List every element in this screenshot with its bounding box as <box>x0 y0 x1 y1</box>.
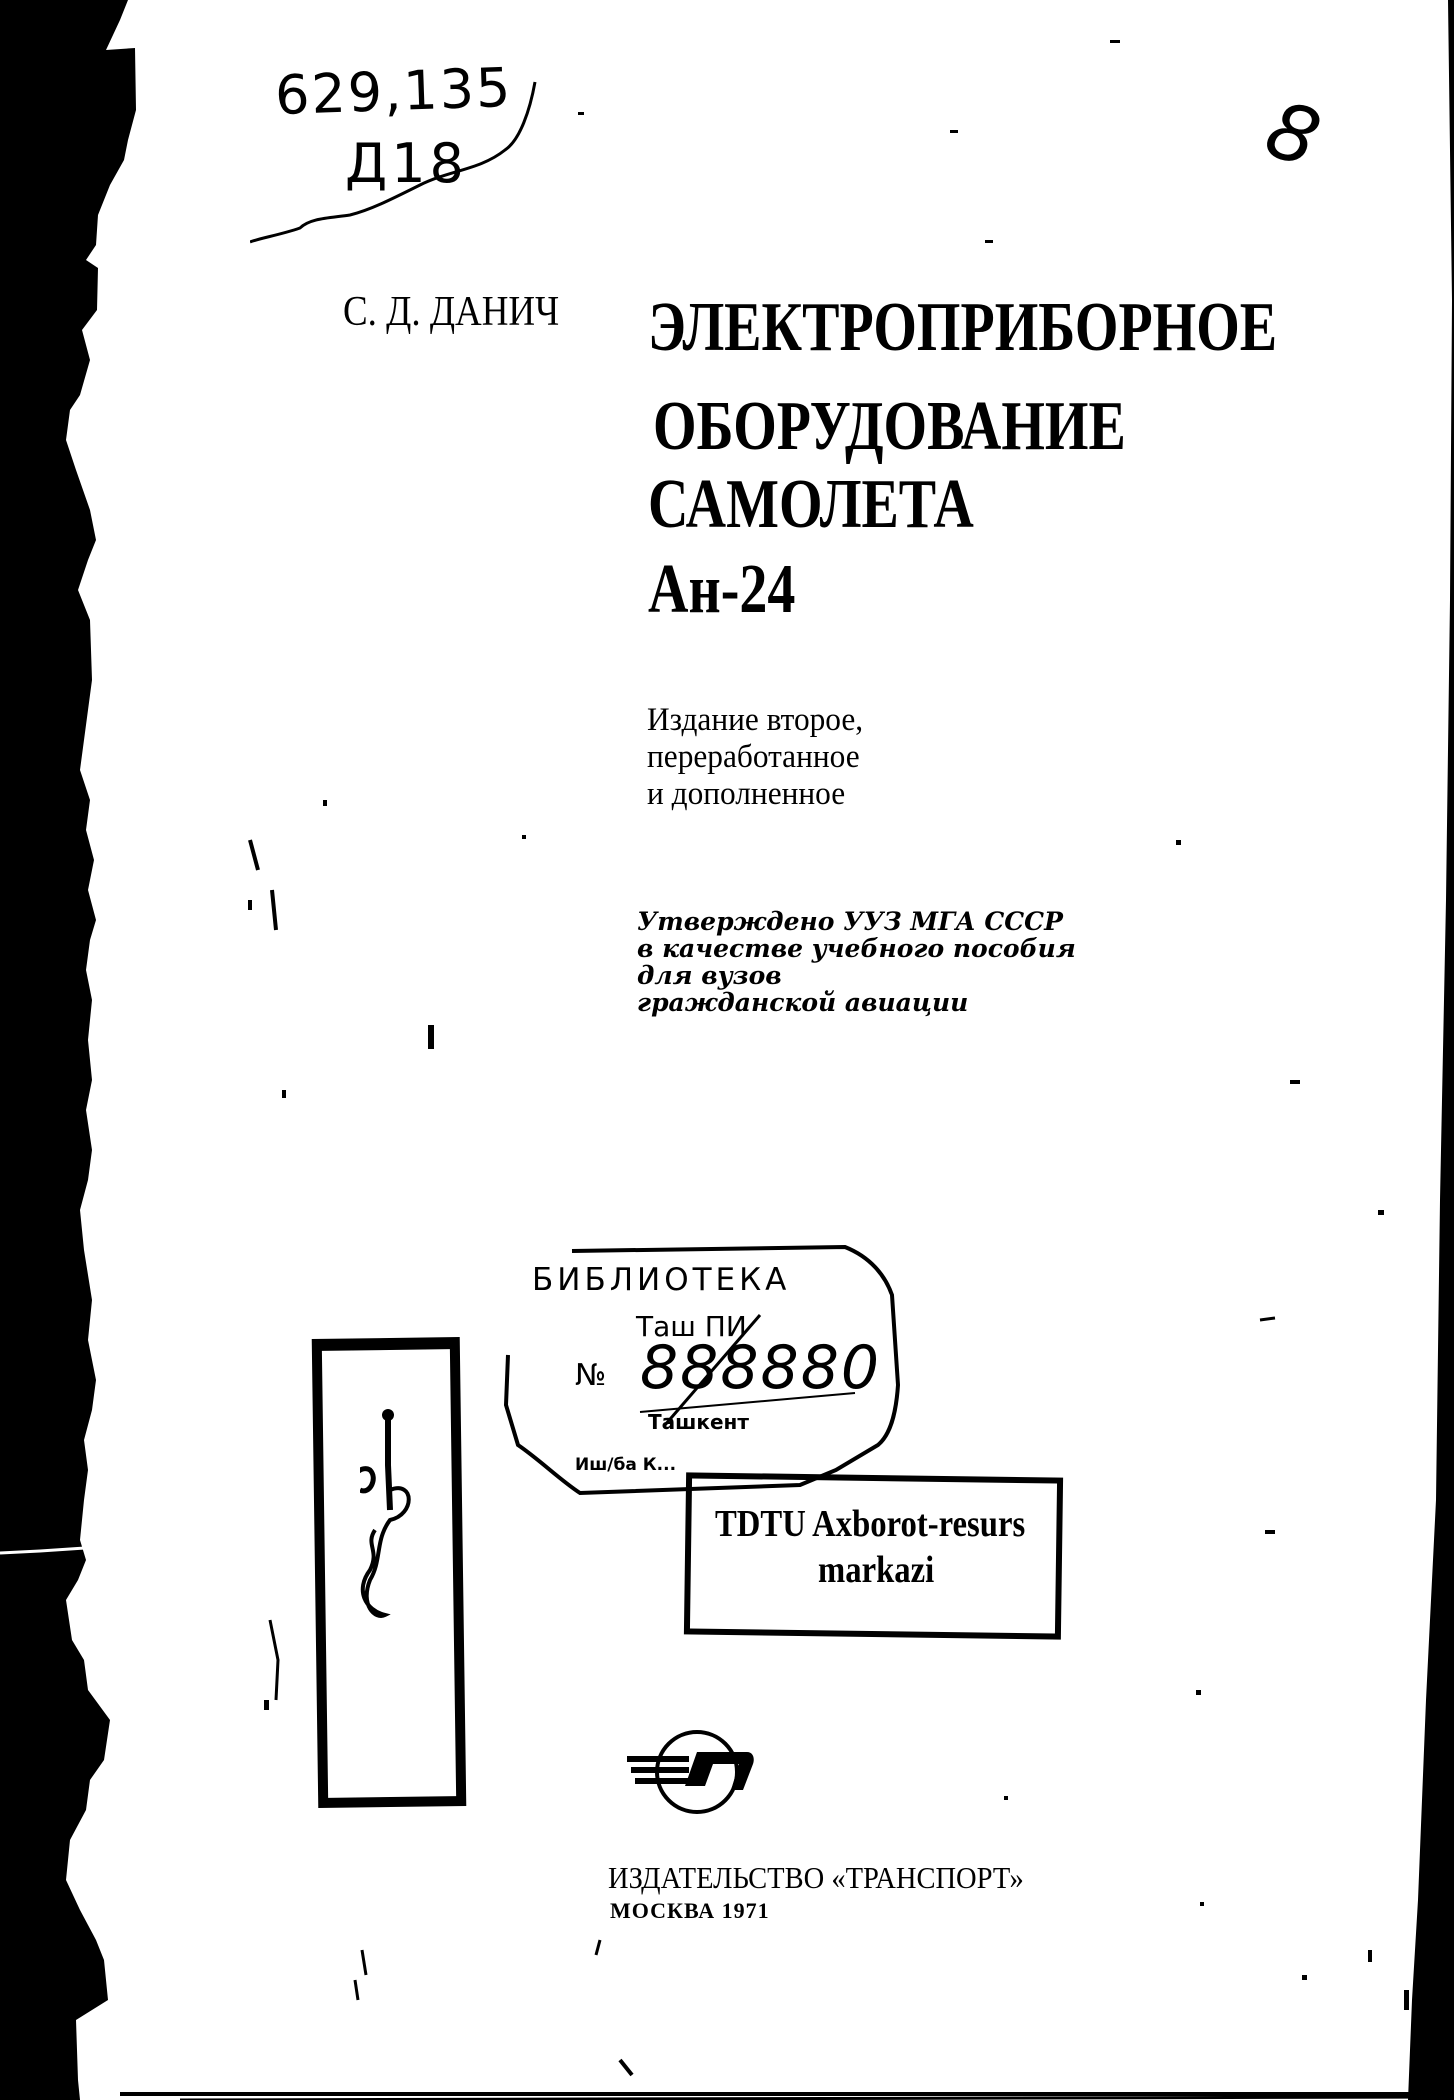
edition-line-3: и дополненное <box>647 776 863 813</box>
approval-line-4: гражданской авиации <box>637 989 1076 1016</box>
tdtu-stamp-line-1: TDTU Axborot-resurs <box>715 1502 1025 1546</box>
approval-note: Утверждено УУЗ МГА СССР в качестве учебн… <box>637 908 1076 1016</box>
author-name: С. Д. ДАНИЧ <box>343 288 559 336</box>
approval-line-2: в качестве учебного пособия <box>637 935 1076 962</box>
edition-note: Издание второе, переработанное и дополне… <box>647 702 863 813</box>
title-page: 629,135 Д18 8 С. Д. ДАНИЧ ЭЛЕКТРОПРИБОРН… <box>0 0 1454 2100</box>
title-line-2: ОБОРУДОВАНИЕ <box>653 392 1126 462</box>
publication-city-year: МОСКВА 1971 <box>610 1898 770 1924</box>
handwritten-signature <box>360 1370 460 1670</box>
library-stamp-city: Ташкент <box>648 1410 749 1434</box>
title-line-3: САМОЛЕТА <box>648 470 974 540</box>
edition-line-2: переработанное <box>647 739 863 776</box>
tdtu-stamp-line-2: markazi <box>818 1548 934 1592</box>
title-line-aircraft-model: Ан-24 <box>648 555 795 625</box>
handwritten-underline-stroke <box>250 70 550 250</box>
library-stamp-number-label: № <box>575 1358 606 1393</box>
approval-line-1: Утверждено УУЗ МГА СССР <box>637 908 1076 935</box>
library-stamp-title: БИБЛИОТЕКА <box>532 1262 790 1298</box>
library-stamp-bottom-text: Иш/ба К... <box>575 1455 676 1475</box>
publisher-name: ИЗДАТЕЛЬСТВО «ТРАНСПОРТ» <box>608 1860 1024 1896</box>
library-stamp-number-value: 888880 <box>640 1333 881 1403</box>
edition-line-1: Издание второе, <box>647 702 863 739</box>
publisher-logo-icon <box>627 1730 767 1815</box>
approval-line-3: для вузов <box>637 962 1076 989</box>
title-line-1: ЭЛЕКТРОПРИБОРНОЕ <box>648 293 1277 363</box>
